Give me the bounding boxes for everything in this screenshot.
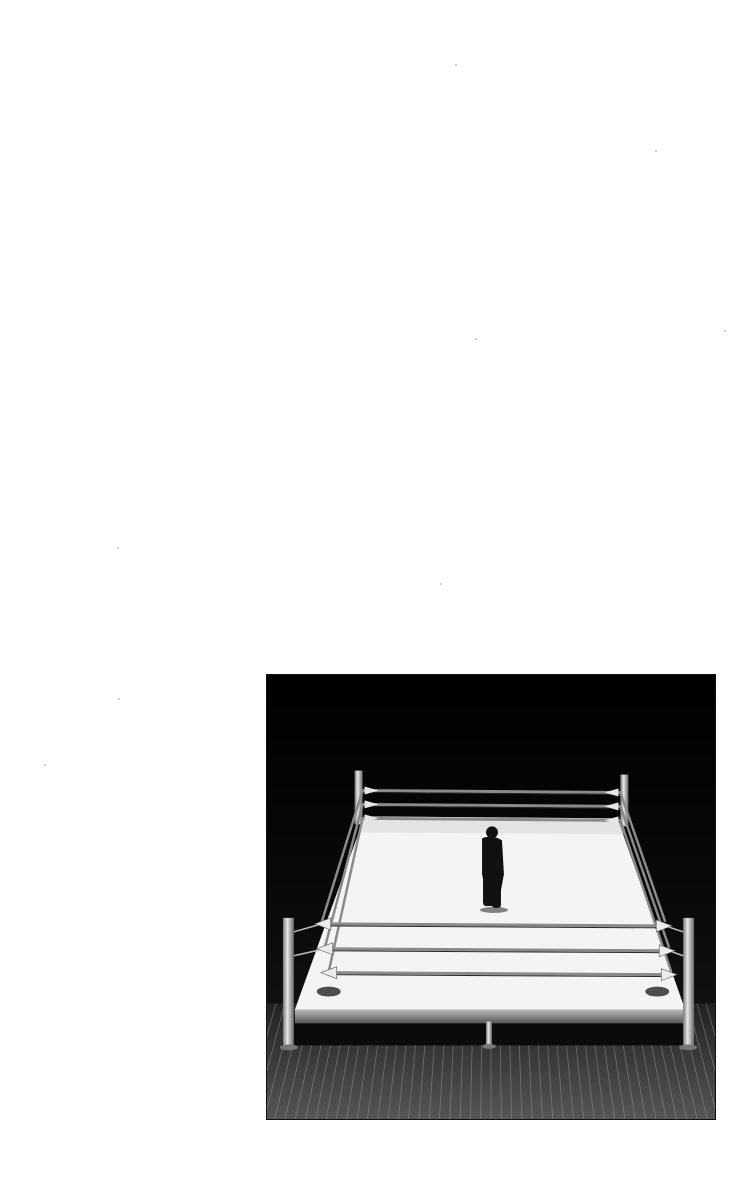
scan-speck [118, 698, 120, 700]
manga-page [0, 0, 756, 1200]
scan-speck [117, 547, 119, 549]
scan-speck [44, 764, 46, 766]
boxing-ring-panel [266, 674, 716, 1120]
scan-speck [455, 64, 457, 66]
scan-speck [724, 330, 726, 332]
scan-speck [475, 338, 477, 340]
boxing-ring-illustration [267, 675, 715, 1119]
scan-speck [440, 583, 442, 585]
scan-speck [655, 150, 657, 152]
